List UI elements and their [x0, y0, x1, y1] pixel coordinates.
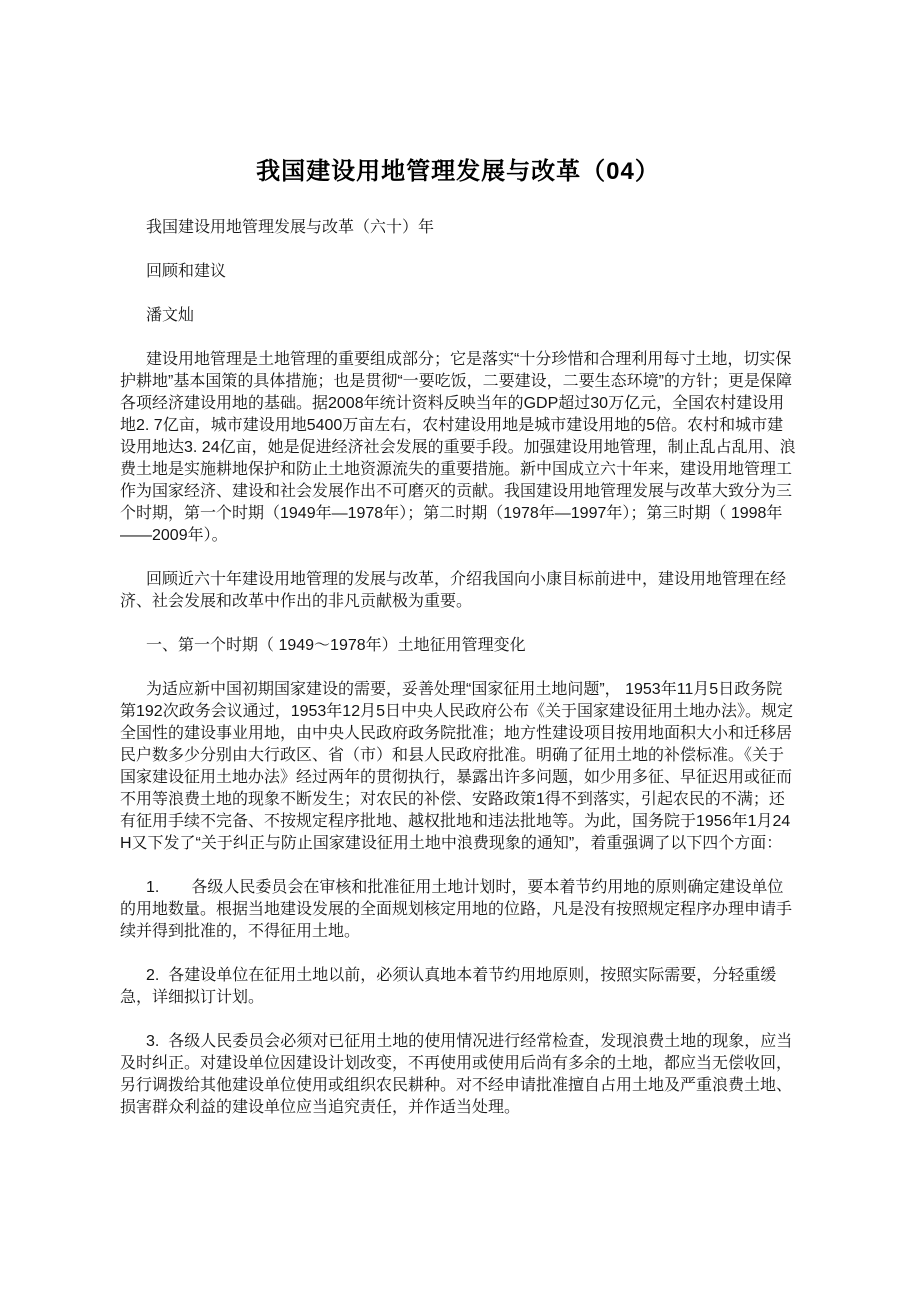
list-item-2: 2. 各建设单位在征用土地以前，必须认真地本着节约用地原则，按照实际需要，分轻重… — [120, 965, 796, 1009]
document-title: 我国建设用地管理发展与改革（04） — [120, 157, 796, 187]
paragraph-intro: 建设用地管理是土地管理的重要组成部分；它是落实“十分珍惜和合理利用每寸土地，切实… — [120, 349, 796, 547]
section-1-heading: 一、第一个时期（ 1949～1978年）土地征用管理变化 — [120, 635, 796, 657]
list-item-1: 1. 各级人民委员会在审核和批准征用土地计划时，要本着节约用地的原则确定建设单位… — [120, 877, 796, 943]
document-subtitle: 我国建设用地管理发展与改革（六十）年 — [120, 217, 796, 239]
paragraph-review: 回顾近六十年建设用地管理的发展与改革，介绍我国向小康目标前进中，建设用地管理在经… — [120, 569, 796, 613]
paragraph-section-1: 为适应新中国初期国家建设的需要，妥善处理“国家征用土地问题”， 1953年11月… — [120, 679, 796, 855]
document-page: 我国建设用地管理发展与改革（04） 我国建设用地管理发展与改革（六十）年 回顾和… — [120, 157, 796, 1119]
document-byline: 回顾和建议 — [120, 261, 796, 283]
document-author: 潘文灿 — [120, 305, 796, 327]
list-item-3: 3. 各级人民委员会必须对已征用土地的使用情况进行经常检查，发现浪费土地的现象，… — [120, 1031, 796, 1119]
